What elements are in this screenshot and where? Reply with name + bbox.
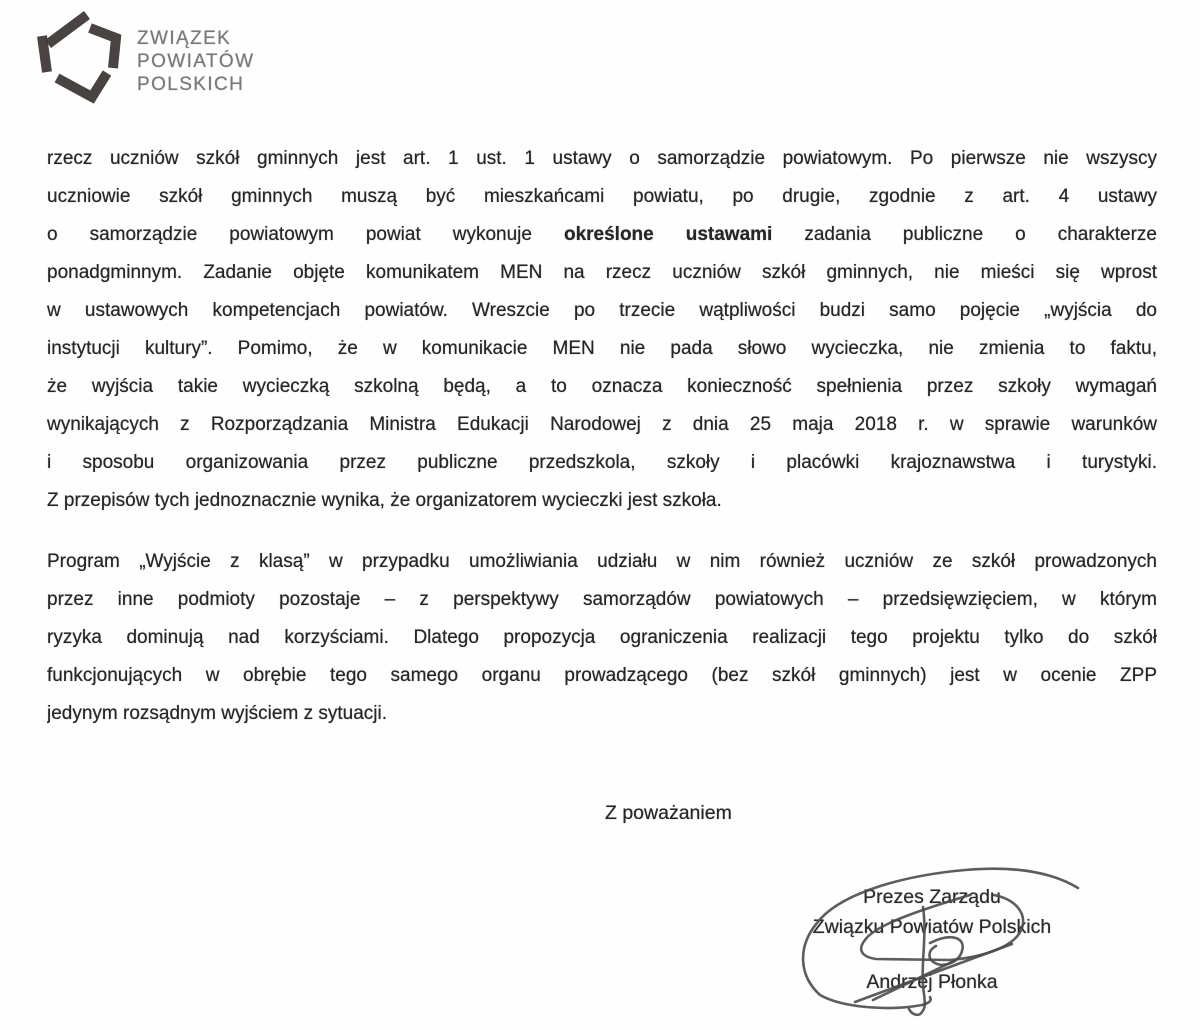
text-line: funkcjonujących w obrębie tego samego or… [47,657,1157,695]
text-line: rzecz uczniów szkół gminnych jest art. 1… [47,140,1157,178]
text-line: że wyjścia takie wycieczką szkolną będą,… [47,368,1157,406]
logo-text-line: ZWIĄZEK [137,27,254,50]
text-line: i sposobu organizowania przez publiczne … [47,444,1157,482]
text-line: o samorządzie powiatowym powiat wykonuje… [47,216,1157,254]
body-paragraph-2: Program „Wyjście z klasą” w przypadku um… [47,543,1157,733]
body-paragraph-1: rzecz uczniów szkół gminnych jest art. 1… [47,140,1157,520]
text-line: instytucji kultury”. Pomimo, że w komuni… [47,330,1157,368]
signer-name: Andrzej Płonka [772,967,1092,997]
scanned-letter-page: ZWIĄZEK POWIATÓW POLSKICH rzecz uczniów … [0,0,1200,1030]
text-line: jedynym rozsądnym wyjściem z sytuacji. [47,695,1157,733]
signature-block: Prezes Zarządu Związku Powiatów Polskich… [772,882,1092,997]
text-line: Program „Wyjście z klasą” w przypadku um… [47,543,1157,581]
text-line: przez inne podmioty pozostaje – z perspe… [47,581,1157,619]
closing-salutation: Z poważaniem [605,802,732,825]
signer-title-line2: Związku Powiatów Polskich [772,912,1092,942]
logo-text-line: POLSKICH [137,73,254,96]
logo-text-line: POWIATÓW [137,50,254,73]
zpp-logo-icon [33,8,133,113]
signer-title-line1: Prezes Zarządu [772,882,1092,912]
text-line: Z przepisów tych jednoznacznie wynika, ż… [47,482,1157,520]
zpp-logo-wordmark: ZWIĄZEK POWIATÓW POLSKICH [137,27,254,96]
text-line: ryzyka dominują nad korzyściami. Dlatego… [47,619,1157,657]
text-line: uczniowie szkół gminnych muszą być miesz… [47,178,1157,216]
text-line: ponadgminnym. Zadanie objęte komunikatem… [47,254,1157,292]
text-line: w ustawowych kompetencjach powiatów. Wre… [47,292,1157,330]
text-line: wynikających z Rozporządzania Ministra E… [47,406,1157,444]
